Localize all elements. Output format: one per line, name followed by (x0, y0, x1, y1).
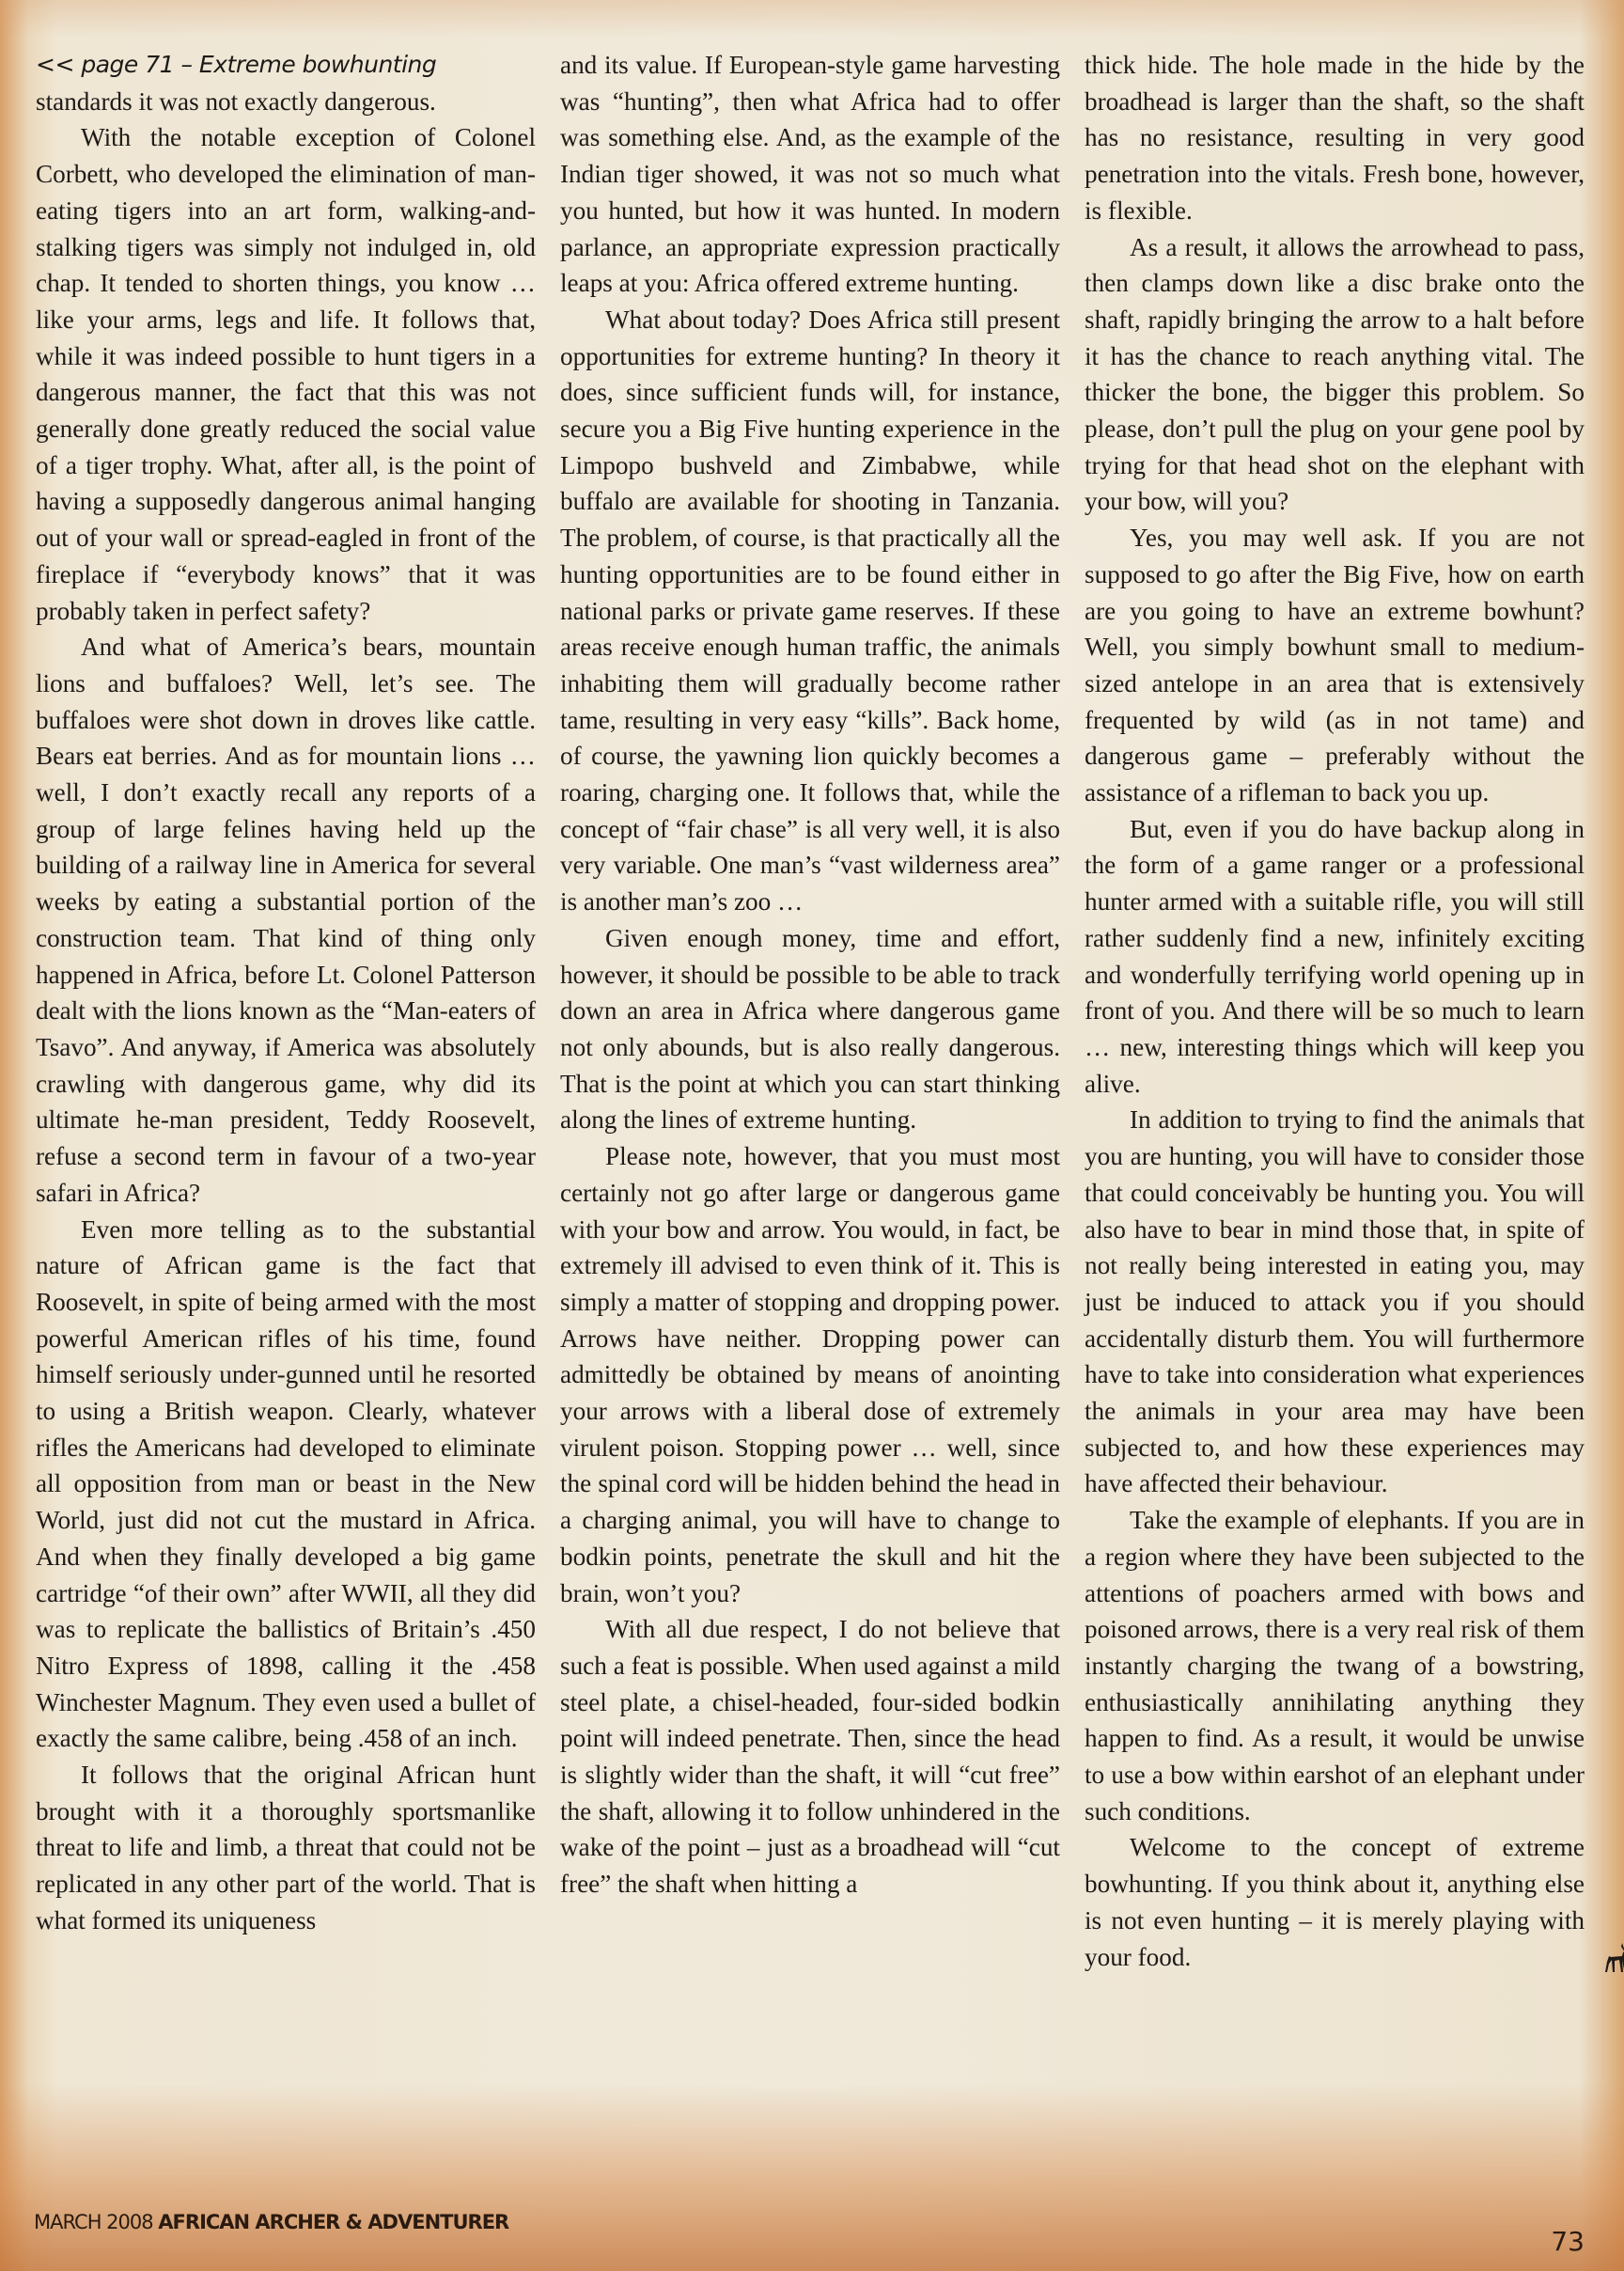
paragraph-final: Welcome to the concept of extreme bowhun… (1085, 1829, 1585, 1975)
paragraph: As a result, it allows the arrowhead to … (1085, 229, 1585, 521)
paragraph-text: Welcome to the concept of extreme bowhun… (1085, 1833, 1585, 1970)
paragraph: Given enough money, time and effort, how… (560, 920, 1060, 1138)
paragraph: Please note, however, that you must most… (560, 1138, 1060, 1611)
paragraph: Even more telling as to the substantial … (36, 1212, 536, 1758)
continued-from-label: << page 71 – Extreme bowhunting (36, 47, 536, 84)
paragraph: And what of America’s bears, mountain li… (36, 629, 536, 1211)
paragraph: thick hide. The hole made in the hide by… (1085, 47, 1585, 229)
article-column-2: and its value. If European-style game ha… (560, 47, 1060, 1975)
article-body: << page 71 – Extreme bowhunting standard… (36, 47, 1585, 1975)
issue-date: MARCH 2008 (34, 2211, 153, 2233)
paragraph: and its value. If European-style game ha… (560, 47, 1060, 302)
paper-stain-bottom (0, 2083, 1624, 2271)
paragraph: Take the example of elephants. If you ar… (1085, 1502, 1585, 1829)
paragraph: But, even if you do have backup along in… (1085, 811, 1585, 1103)
paragraph: With the notable exception of Colonel Co… (36, 119, 536, 629)
paragraph: With all due respect, I do not believe t… (560, 1611, 1060, 1903)
paragraph: It follows that the original African hun… (36, 1757, 536, 1939)
paper-stain-top (0, 0, 1624, 38)
paragraph: Yes, you may well ask. If you are not su… (1085, 520, 1585, 811)
paragraph: standards it was not exactly dangerous. (36, 84, 536, 120)
page-number: 73 (1551, 2226, 1585, 2257)
magazine-title: AFRICAN ARCHER & ADVENTURER (158, 2211, 508, 2233)
magazine-footer: MARCH 2008 AFRICAN ARCHER & ADVENTURER (34, 2211, 508, 2233)
antelope-icon (1556, 1941, 1585, 1975)
article-column-1: << page 71 – Extreme bowhunting standard… (36, 47, 536, 1975)
paragraph: In addition to trying to find the animal… (1085, 1102, 1585, 1502)
article-column-3: thick hide. The hole made in the hide by… (1085, 47, 1585, 1975)
paragraph: What about today? Does Africa still pres… (560, 302, 1060, 920)
